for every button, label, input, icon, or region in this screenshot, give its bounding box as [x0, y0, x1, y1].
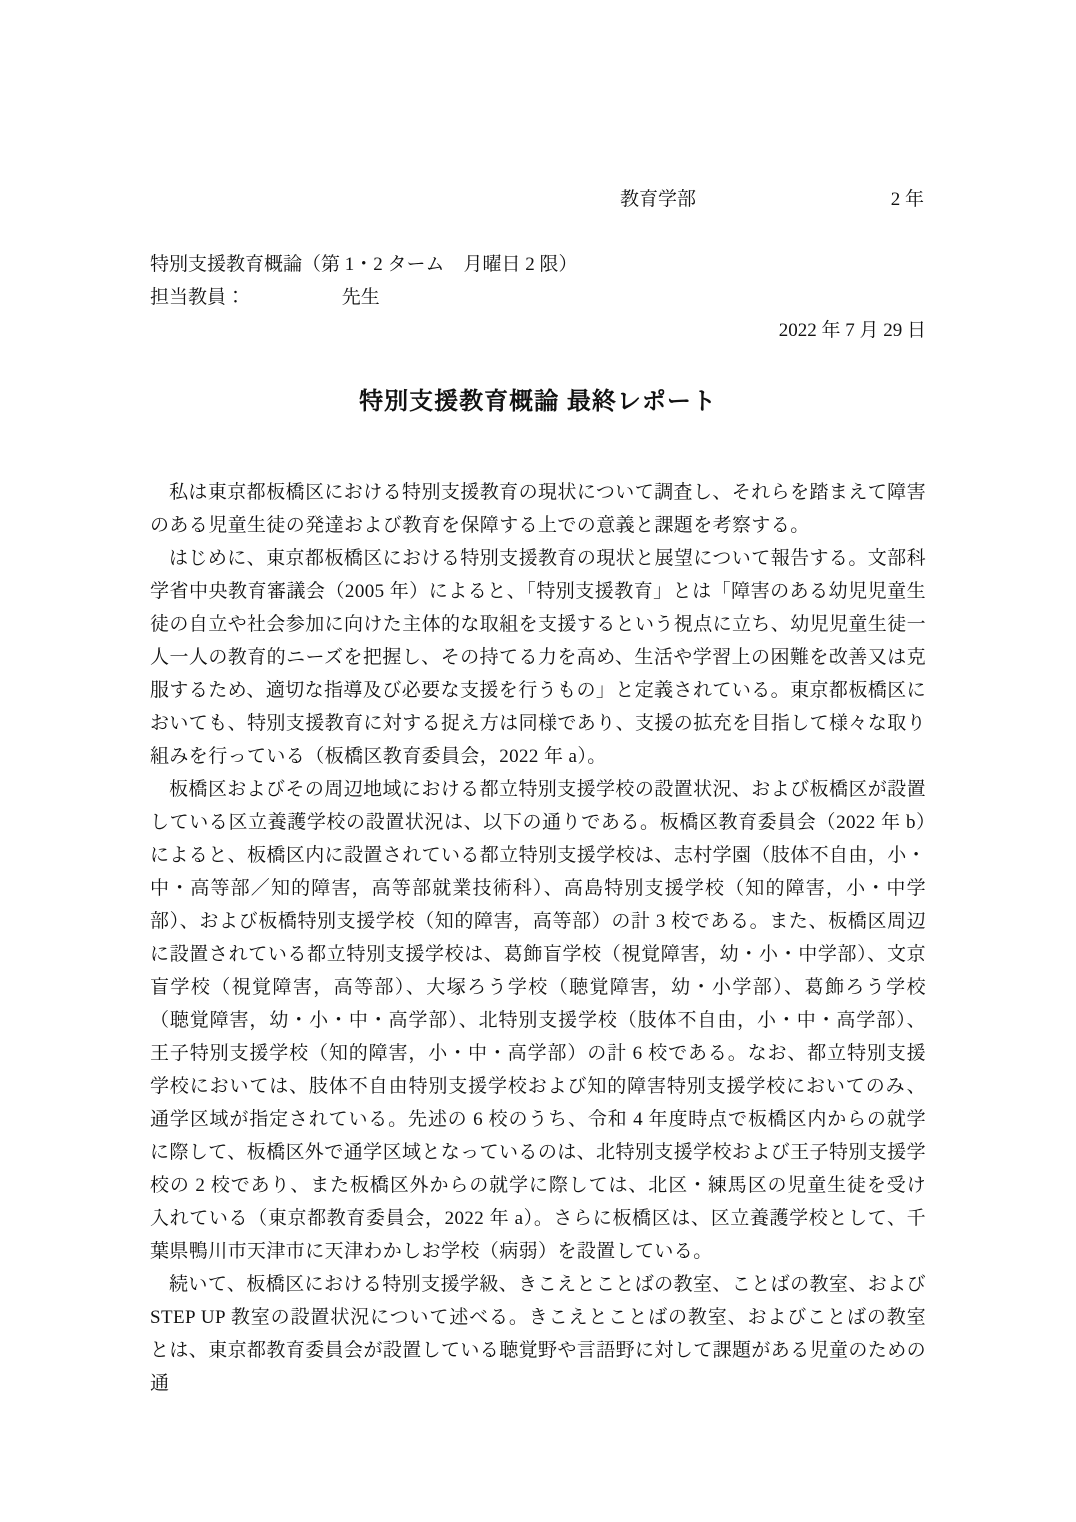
- grade-label: 2 年: [891, 189, 924, 210]
- report-date: 2022 年 7 月 29 日: [779, 320, 926, 341]
- instructor-label: 担当教員：: [150, 287, 245, 308]
- paragraph-definition: はじめに、東京都板橋区における特別支援教育の現状と展望について報告する。文部科学…: [150, 542, 926, 773]
- course-title-line: 特別支援教育概論（第 1・2 ターム 月曜日 2 限）: [150, 248, 926, 281]
- paragraph-school-placement: 板橋区およびその周辺地域における都立特別支援学校の設置状況、および板橋区が設置し…: [150, 773, 926, 1268]
- instructor-name-suffix: 先生: [342, 287, 380, 308]
- header-faculty-line: 教育学部 2 年: [150, 183, 926, 216]
- report-body: 私は東京都板橋区における特別支援教育の現状について調査し、それらを踏まえて障害の…: [150, 476, 926, 1400]
- report-title: 特別支援教育概論 最終レポート: [150, 385, 926, 419]
- paragraph-intro: 私は東京都板橋区における特別支援教育の現状について調査し、それらを踏まえて障害の…: [150, 476, 926, 542]
- faculty-label: 教育学部: [620, 189, 696, 210]
- report-page: 教育学部 2 年 特別支援教育概論（第 1・2 ターム 月曜日 2 限） 担当教…: [0, 0, 1076, 1522]
- date-line: 2022 年 7 月 29 日: [150, 314, 926, 347]
- instructor-line: 担当教員： 先生: [150, 281, 926, 314]
- paragraph-classrooms: 続いて、板橋区における特別支援学級、きこえとことばの教室、ことばの教室、および …: [150, 1268, 926, 1400]
- course-name: 特別支援教育概論（第 1・2 ターム 月曜日 2 限）: [150, 254, 578, 275]
